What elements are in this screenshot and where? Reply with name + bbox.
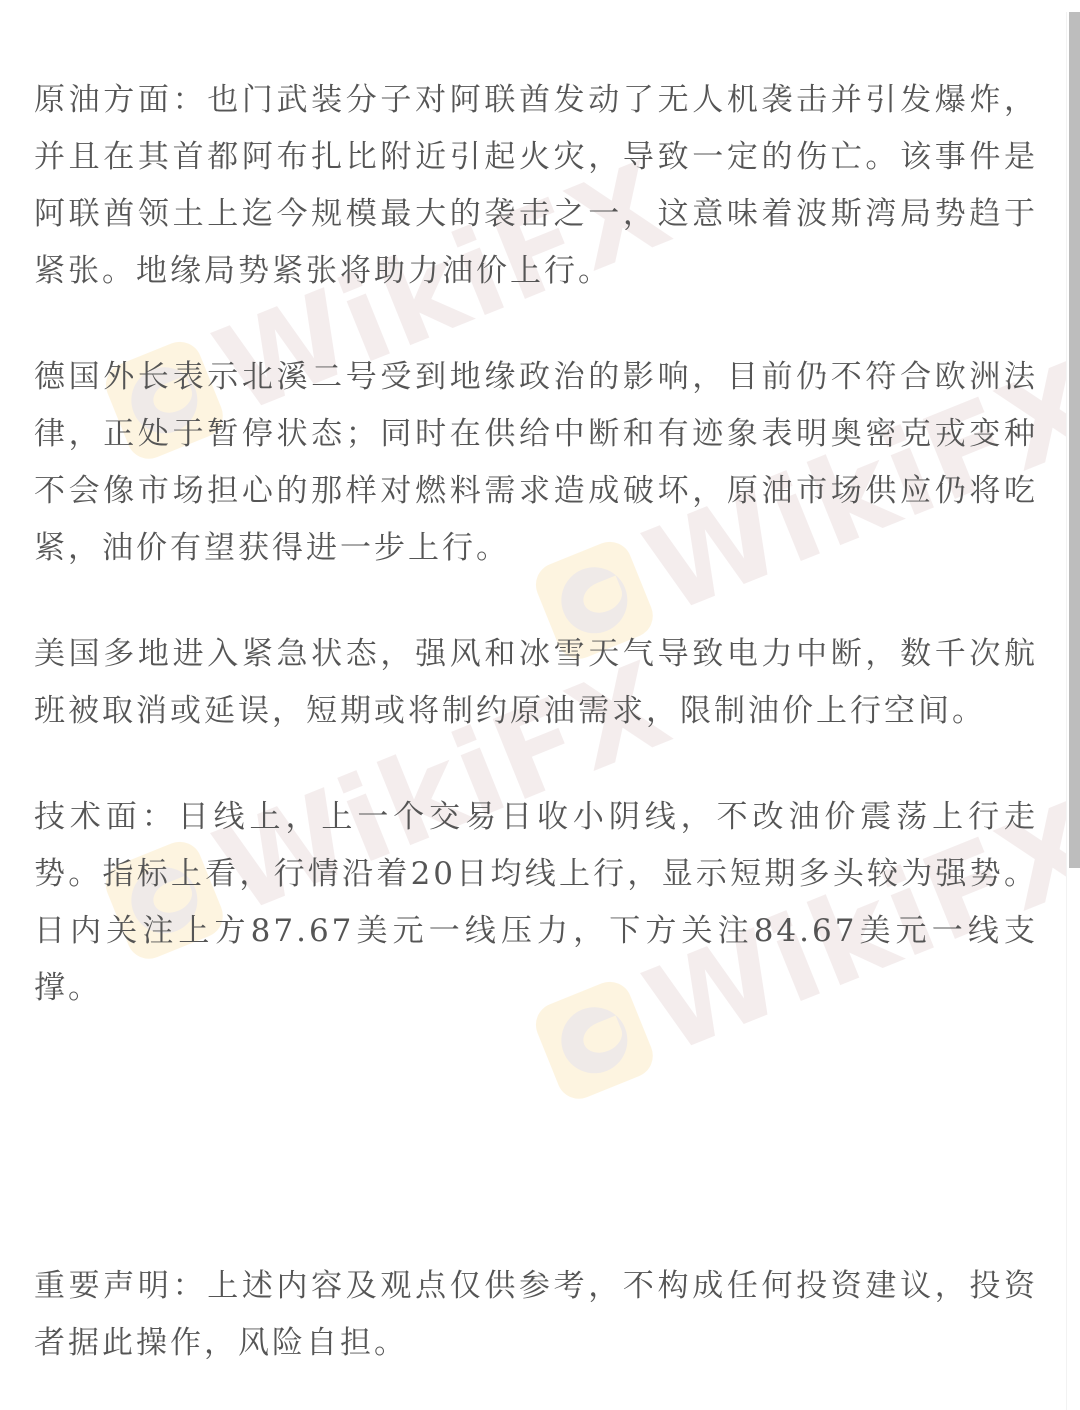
paragraph-crude-oil: 原油方面：也门武装分子对阿联酋发动了无人机袭击并引发爆炸，并且在其首都阿布扎比附…	[34, 72, 1038, 300]
scrollbar-thumb[interactable]	[1069, 12, 1080, 868]
paragraph-technical: 技术面：日线上，上一个交易日收小阴线，不改油价震荡上行走势。指标上看，行情沿着2…	[34, 789, 1038, 1017]
article-body: 原油方面：也门武装分子对阿联酋发动了无人机袭击并引发爆炸，并且在其首都阿布扎比附…	[34, 72, 1038, 1066]
paragraph-nord-stream: 德国外长表示北溪二号受到地缘政治的影响，目前仍不符合欧洲法律，正处于暂停状态；同…	[34, 349, 1038, 577]
disclaimer-text: 重要声明：上述内容及观点仅供参考，不构成任何投资建议，投资者据此操作，风险自担。	[34, 1258, 1038, 1372]
paragraph-us-weather: 美国多地进入紧急状态，强风和冰雪天气导致电力中断，数千次航班被取消或延误，短期或…	[34, 626, 1038, 740]
